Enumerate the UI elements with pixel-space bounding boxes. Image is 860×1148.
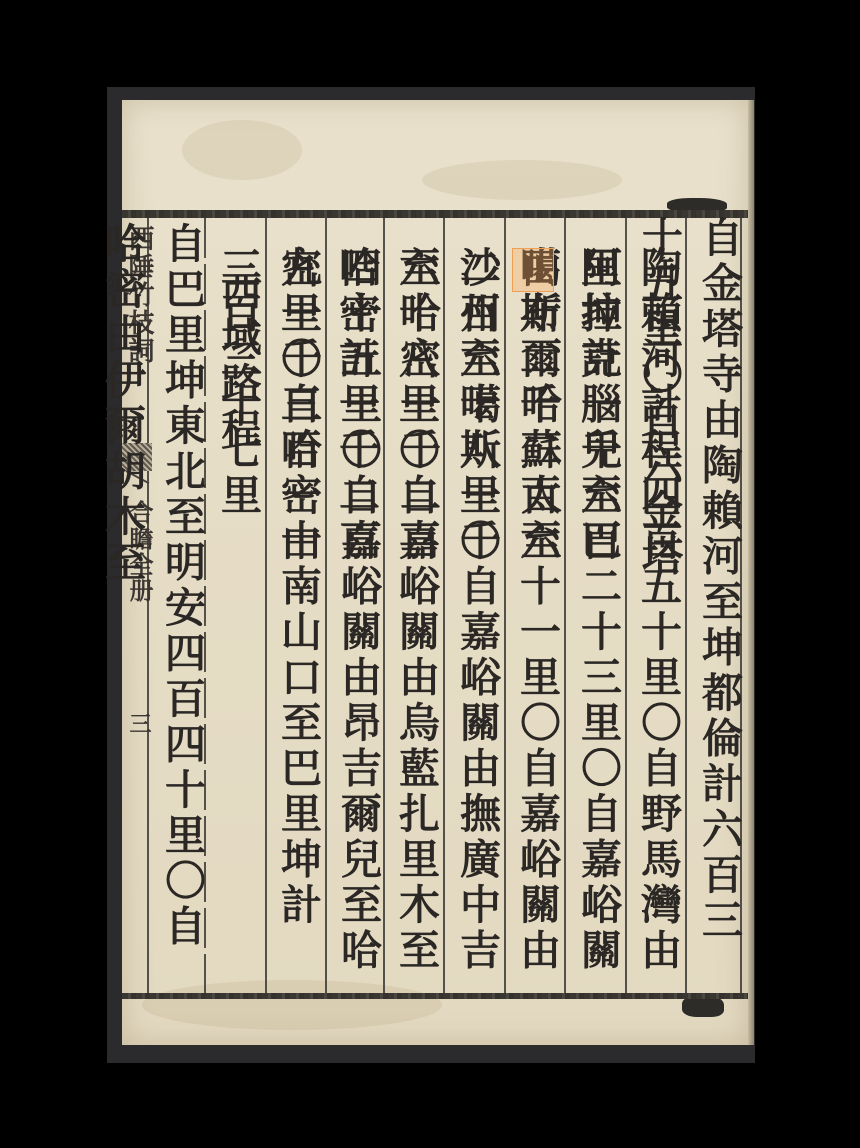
- folio-number: 三: [124, 712, 154, 752]
- search-highlight-box[interactable]: [512, 248, 554, 292]
- text-column-2: 陶賴河計程四百五十里〇自野馬灣由阿拉克腦兒至巴: [628, 246, 688, 1016]
- paper-stain: [422, 160, 622, 200]
- book-page: 西陲竹枝詞 合瞻全册 三 自金塔寺由陶賴河至坤都倫計六百三十五里〇自六金塔 陶賴…: [122, 100, 748, 1045]
- text-column-5: 二百六十八里〇自嘉峪關由撫廣中吉至哈密一千二百: [447, 246, 507, 1016]
- text-column-10: 自巴里坤東北至明安四百四十里〇自哈密由伊爾胡木至: [152, 222, 212, 992]
- paper-stain: [182, 120, 302, 180]
- text-column-3: 里坤計一千六百二十三里〇自嘉峪關由布爾哈蘇太至: [568, 246, 628, 1016]
- text-column-6: 六十八里〇自嘉峪關由烏藍扎里木至哈密計一千二百: [386, 246, 446, 1016]
- text-column-4: 噶斯二千二百六十一里〇自嘉峪關由沙州至噶斯一千: [507, 246, 567, 1016]
- text-column-7: 四十五里〇自嘉峪關由昂吉爾兒至哈密一千三百一十: [328, 246, 388, 1016]
- section-title: 西域路程: [208, 270, 268, 1040]
- text-column-8: 九里〇自哈密由南山口至巴里坤計三百三十七里: [268, 246, 328, 946]
- text-column-1: 自金塔寺由陶賴河至坤都倫計六百三十五里〇自六金塔: [689, 216, 749, 986]
